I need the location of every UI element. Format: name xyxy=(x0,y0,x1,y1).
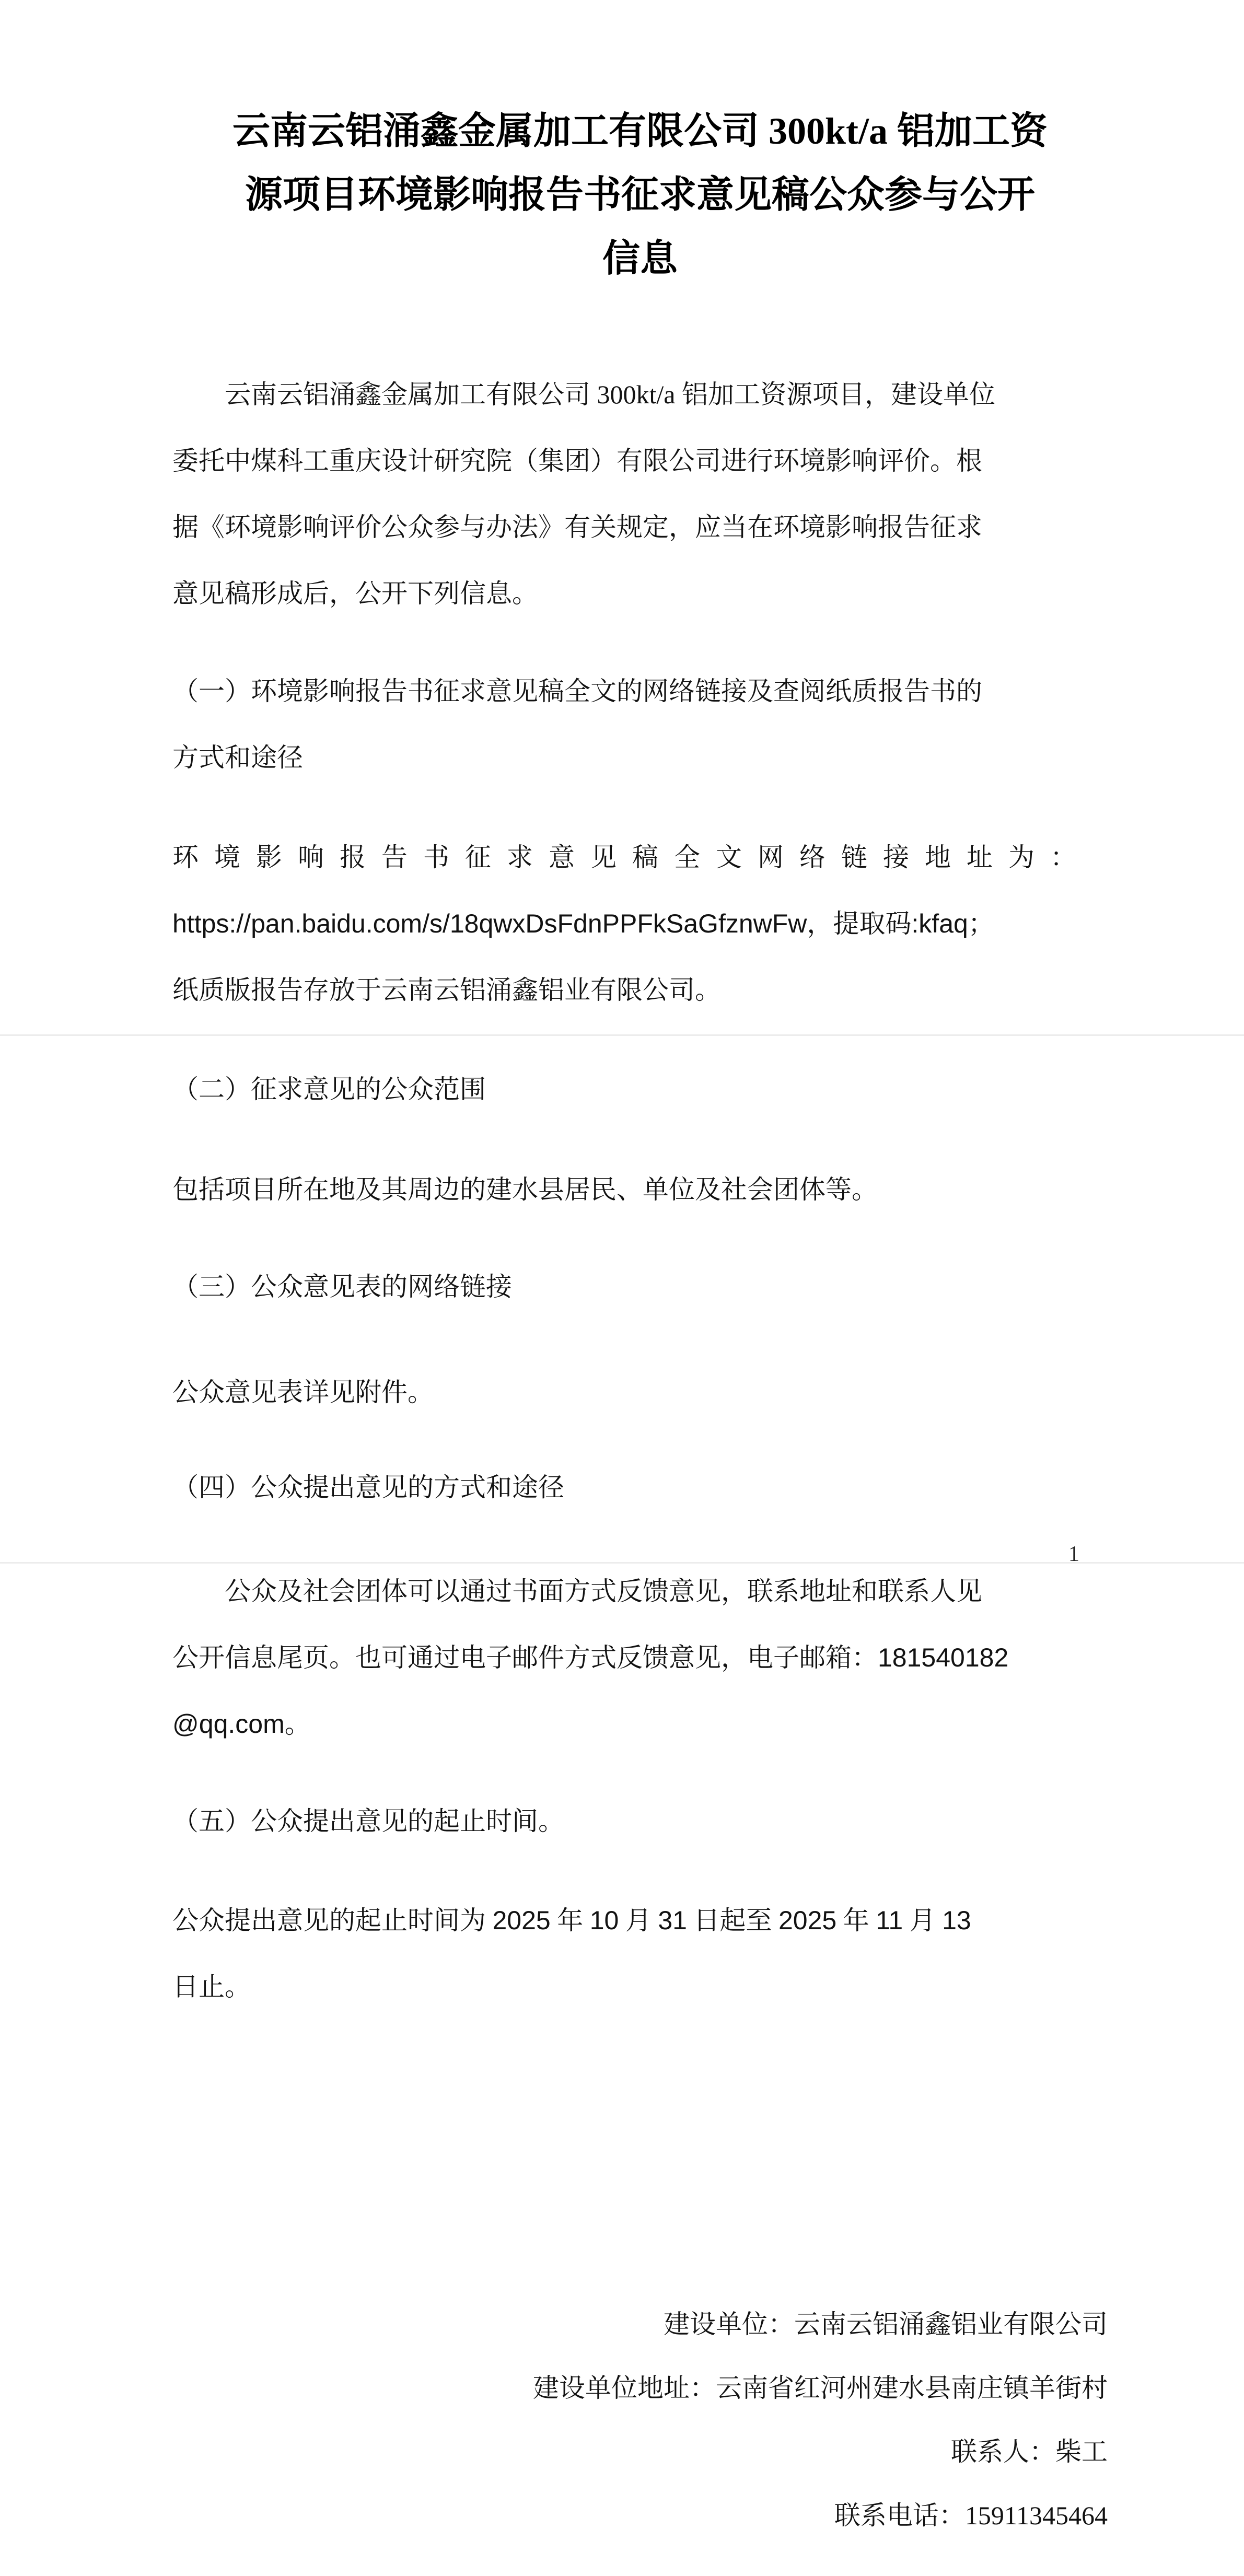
intro-paragraph-line-3: 据《环境影响评价公众参与办法》有关规定，应当在环境影响报告征求 xyxy=(172,510,1108,545)
document-title-line-3: 信息 xyxy=(172,236,1108,281)
section-2-heading-line-1: （二）征求意见的公众范围 xyxy=(172,1072,1108,1108)
section-5-body-line-2: 日止。 xyxy=(172,1969,1108,2005)
document-title-line-1: 云南云铝涌鑫金属加工有限公司 300kt/a 铝加工资 xyxy=(172,109,1108,154)
scan-artifact-line xyxy=(0,1034,1244,1036)
document-title-line-2: 源项目环境影响报告书征求意见稿公众参与公开 xyxy=(172,172,1108,217)
footer-unit-address: 建设单位地址：云南省红河州建水县南庄镇羊街村 xyxy=(172,2371,1108,2406)
section-2-body-line-1: 包括项目所在地及其周边的建水县居民、单位及社会团体等。 xyxy=(172,1172,1108,1208)
section-4-body-line-2-contact-email: 公开信息尾页。也可通过电子邮件方式反馈意见，电子邮箱：181540182 xyxy=(172,1640,1108,1676)
section-1-body-line-3: 纸质版报告存放于云南云铝涌鑫铝业有限公司。 xyxy=(172,973,1108,1008)
intro-paragraph-line-4: 意见稿形成后，公开下列信息。 xyxy=(172,576,1108,612)
section-1-body-line-1: 环境影响报告书征求意见稿全文网络链接地址为： xyxy=(172,840,1108,876)
document-page: 云南云铝涌鑫金属加工有限公司 300kt/a 铝加工资 源项目环境影响报告书征求… xyxy=(0,0,1244,2576)
section-3-heading-line-1: （三）公众意见表的网络链接 xyxy=(172,1269,1108,1305)
section-1-body-line-2-report-url: https://pan.baidu.com/s/18qwxDsFdnPPFkSa… xyxy=(172,906,1108,942)
section-5-heading-line-1: （五）公众提出意见的起止时间。 xyxy=(172,1804,1108,1839)
section-1-heading-line-1: （一）环境影响报告书征求意见稿全文的网络链接及查阅纸质报告书的 xyxy=(172,674,1108,709)
section-1-heading-line-2: 方式和途径 xyxy=(172,740,1108,776)
footer-contact-person: 联系人：柴工 xyxy=(172,2434,1108,2470)
page-boundary-line xyxy=(0,1562,1244,1564)
section-3-body-line-1: 公众意见表详见附件。 xyxy=(172,1375,1108,1411)
intro-paragraph-line-1: 云南云铝涌鑫金属加工有限公司 300kt/a 铝加工资源项目，建设单位 xyxy=(172,377,1108,413)
section-4-body-line-3-contact-email: @qq.com。 xyxy=(172,1707,1108,1742)
footer-contact-phone: 联系电话：15911345464 xyxy=(172,2498,1108,2534)
section-5-body-line-1-date-range: 公众提出意见的起止时间为 2025 年 10 月 31 日起至 2025 年 1… xyxy=(172,1903,1108,1939)
section-4-heading-line-1: （四）公众提出意见的方式和途径 xyxy=(172,1470,1108,1506)
footer-construction-unit: 建设单位：云南云铝涌鑫铝业有限公司 xyxy=(172,2307,1108,2342)
intro-paragraph-line-2: 委托中煤科工重庆设计研究院（集团）有限公司进行环境影响评价。根 xyxy=(172,444,1108,479)
section-4-body-line-1: 公众及社会团体可以通过书面方式反馈意见，联系地址和联系人见 xyxy=(172,1574,1108,1610)
